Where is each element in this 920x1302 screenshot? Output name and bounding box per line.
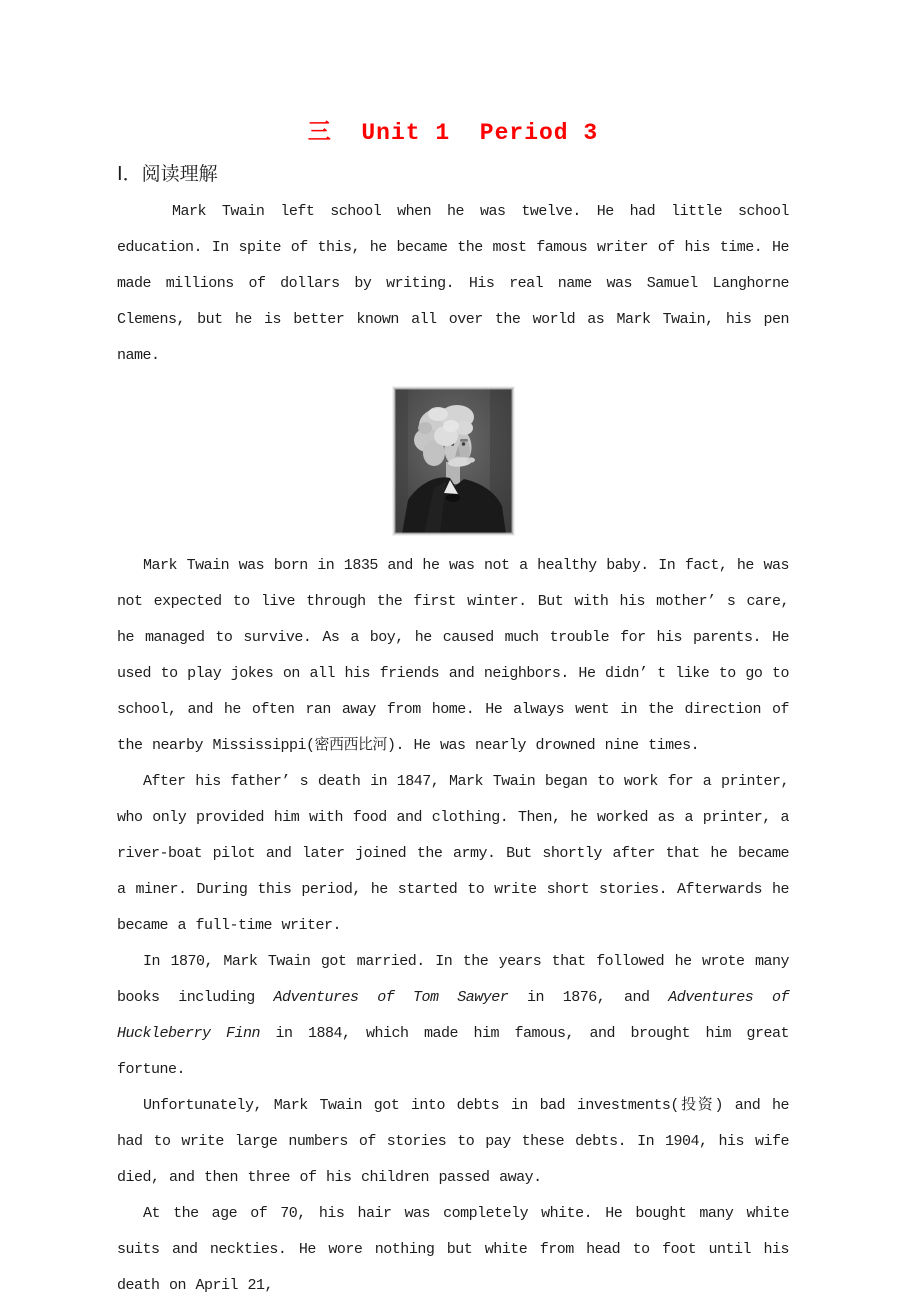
mark-twain-portrait-photo bbox=[393, 387, 514, 535]
body-paragraphs: Mark Twain was born in 1835 and he was n… bbox=[117, 548, 789, 1302]
intro-paragraphs: Mark Twain left school when he was twelv… bbox=[117, 194, 789, 374]
text-segment: After his father’ s death in 1847, Mark … bbox=[117, 773, 789, 934]
section-heading: Ⅰ．阅读理解 bbox=[117, 161, 789, 189]
text-segment: Mark Twain was born in 1835 and he was n… bbox=[117, 557, 789, 754]
paragraph: In 1870, Mark Twain got married. In the … bbox=[117, 944, 789, 1088]
paragraph: Mark Twain was born in 1835 and he was n… bbox=[117, 548, 789, 764]
paragraph: After his father’ s death in 1847, Mark … bbox=[117, 764, 789, 944]
paragraph: Mark Twain left school when he was twelv… bbox=[117, 194, 789, 374]
book-title-text: Adventures of Tom Sawyer bbox=[274, 989, 509, 1006]
text-segment: At the age of 70, his hair was completel… bbox=[117, 1205, 789, 1294]
text-segment: in 1876, and bbox=[508, 989, 668, 1006]
reading-passage: Mark Twain left school when he was twelv… bbox=[117, 194, 789, 1302]
paragraph: At the age of 70, his hair was completel… bbox=[117, 1196, 789, 1302]
document-page: 三 Unit 1 Period 3 Ⅰ．阅读理解 Mark Twain left… bbox=[0, 0, 920, 1302]
text-segment: Unfortunately, Mark Twain got into debts… bbox=[117, 1097, 789, 1186]
mark-twain-portrait-image bbox=[394, 388, 513, 534]
text-segment: Mark Twain left school when he was twelv… bbox=[117, 203, 789, 364]
page-title: 三 Unit 1 Period 3 bbox=[117, 118, 789, 148]
paragraph: Unfortunately, Mark Twain got into debts… bbox=[117, 1088, 789, 1196]
